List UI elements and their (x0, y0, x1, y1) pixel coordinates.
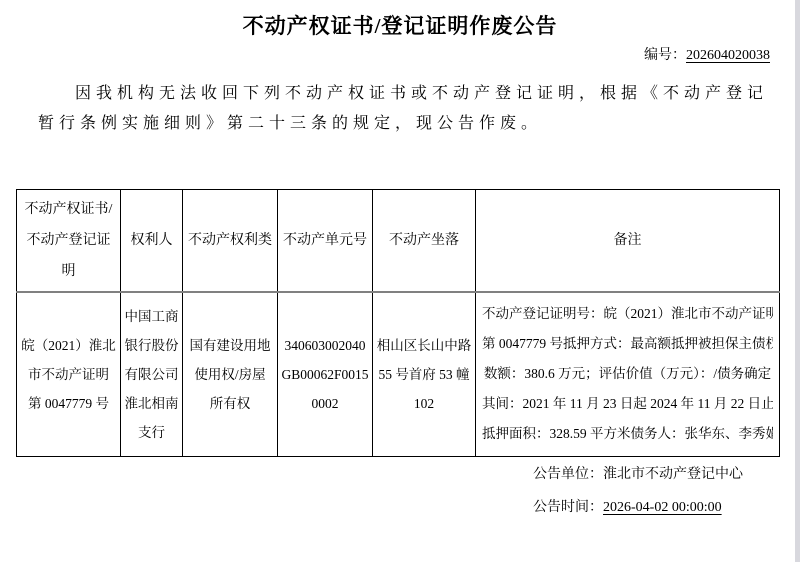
cell-remarks: 不动产登记证明号：皖（2021）淮北市不动产证明第 0047779 号抵押方式：… (476, 292, 780, 457)
col-header-right-type: 不动产权利类 (183, 190, 278, 292)
text-line: 不动产登记证 (17, 225, 120, 256)
announce-time-label: 公告时间： (533, 500, 603, 515)
col-header-certificate: 不动产权证书/不动产登记证明 (17, 190, 121, 292)
text-line: 国有建设用地 (183, 331, 277, 360)
invalidation-table: 不动产权证书/不动产登记证明 权利人 不动产权利类 不动产单元号 不动产坐落 备… (16, 189, 780, 457)
intro-paragraph: 因我机构无法收回下列不动产权证书或不动产登记证明，根据《不动产登记暂行条例实施细… (38, 79, 762, 139)
col-header-location: 不动产坐落 (373, 190, 476, 292)
page-title: 不动产权证书/登记证明作废公告 (0, 11, 800, 41)
doc-number-line: 编号：202604020038 (0, 47, 800, 65)
cell-right-type: 国有建设用地使用权/房屋所有权 (183, 292, 278, 457)
text-line: 340603002040 (278, 331, 372, 360)
announce-unit-value: 淮北市不动产登记中心 (603, 467, 743, 482)
text-line: 明 (17, 256, 120, 287)
scrollbar[interactable] (795, 0, 800, 562)
doc-number-label: 编号： (644, 48, 686, 63)
announce-time-line: 公告时间：2026-04-02 00:00:00 (533, 498, 800, 518)
text-line: 有限公司 (121, 360, 182, 389)
cell-unit-number: 340603002040GB00062F00150002 (278, 292, 373, 457)
text-line: 权利人 (121, 225, 182, 256)
text-line: 所有权 (183, 389, 277, 418)
text-line: 不动产单元号 (278, 225, 372, 256)
text-line: 皖（2021）淮北 (17, 331, 120, 360)
text-line: 暂行条例实施细则》第二十三条的规定，现公告作废。 (38, 109, 762, 139)
text-line: 中国工商 (121, 302, 182, 331)
text-line: GB00062F0015 (278, 360, 372, 389)
text-line: 不动产权证书/ (17, 194, 120, 225)
text-line: 第 0047779 号抵押方式：最高额抵押被担保主债权 (482, 329, 773, 359)
text-line: 0002 (278, 389, 372, 418)
text-line: 不动产登记证明号：皖（2021）淮北市不动产证明 (482, 299, 773, 329)
text-line: 淮北相南 (121, 389, 182, 418)
cell-right-holder: 中国工商银行股份有限公司淮北相南支行 (121, 292, 183, 457)
text-line: 因我机构无法收回下列不动产权证书或不动产登记证明，根据《不动产登记 (38, 79, 762, 109)
announce-unit-line: 公告单位：淮北市不动产登记中心 (533, 465, 800, 485)
text-line: 银行股份 (121, 331, 182, 360)
table-header-row: 不动产权证书/不动产登记证明 权利人 不动产权利类 不动产单元号 不动产坐落 备… (17, 190, 780, 292)
text-line: 其间：2021 年 11 月 23 日起 2024 年 11 月 22 日止 (482, 389, 773, 419)
text-line: 不动产权利类 (183, 225, 277, 256)
text-line: 第 0047779 号 (17, 389, 120, 418)
text-line: 抵押面积：328.59 平方米债务人：张华东、李秀娟 (482, 419, 773, 449)
col-header-right-holder: 权利人 (121, 190, 183, 292)
announce-unit-label: 公告单位： (533, 467, 603, 482)
text-line: 55 号首府 53 幢 (373, 360, 475, 389)
announce-time-value: 2026-04-02 00:00:00 (603, 500, 722, 515)
text-line: 支行 (121, 418, 182, 447)
text-line: 102 (373, 389, 475, 418)
text-line: 市不动产证明 (17, 360, 120, 389)
text-line: 不动产坐落 (373, 225, 475, 256)
cell-location: 相山区长山中路55 号首府 53 幢102 (373, 292, 476, 457)
table-row: 皖（2021）淮北市不动产证明第 0047779 号 中国工商银行股份有限公司淮… (17, 292, 780, 457)
text-line: 数额：380.6 万元；评估价值（万元）：/债务确定 (482, 359, 773, 389)
cell-certificate: 皖（2021）淮北市不动产证明第 0047779 号 (17, 292, 121, 457)
doc-number-value: 202604020038 (686, 48, 770, 63)
col-header-unit-number: 不动产单元号 (278, 190, 373, 292)
text-line: 备注 (476, 225, 779, 256)
text-line: 相山区长山中路 (373, 331, 475, 360)
text-line: 使用权/房屋 (183, 360, 277, 389)
col-header-remarks: 备注 (476, 190, 780, 292)
